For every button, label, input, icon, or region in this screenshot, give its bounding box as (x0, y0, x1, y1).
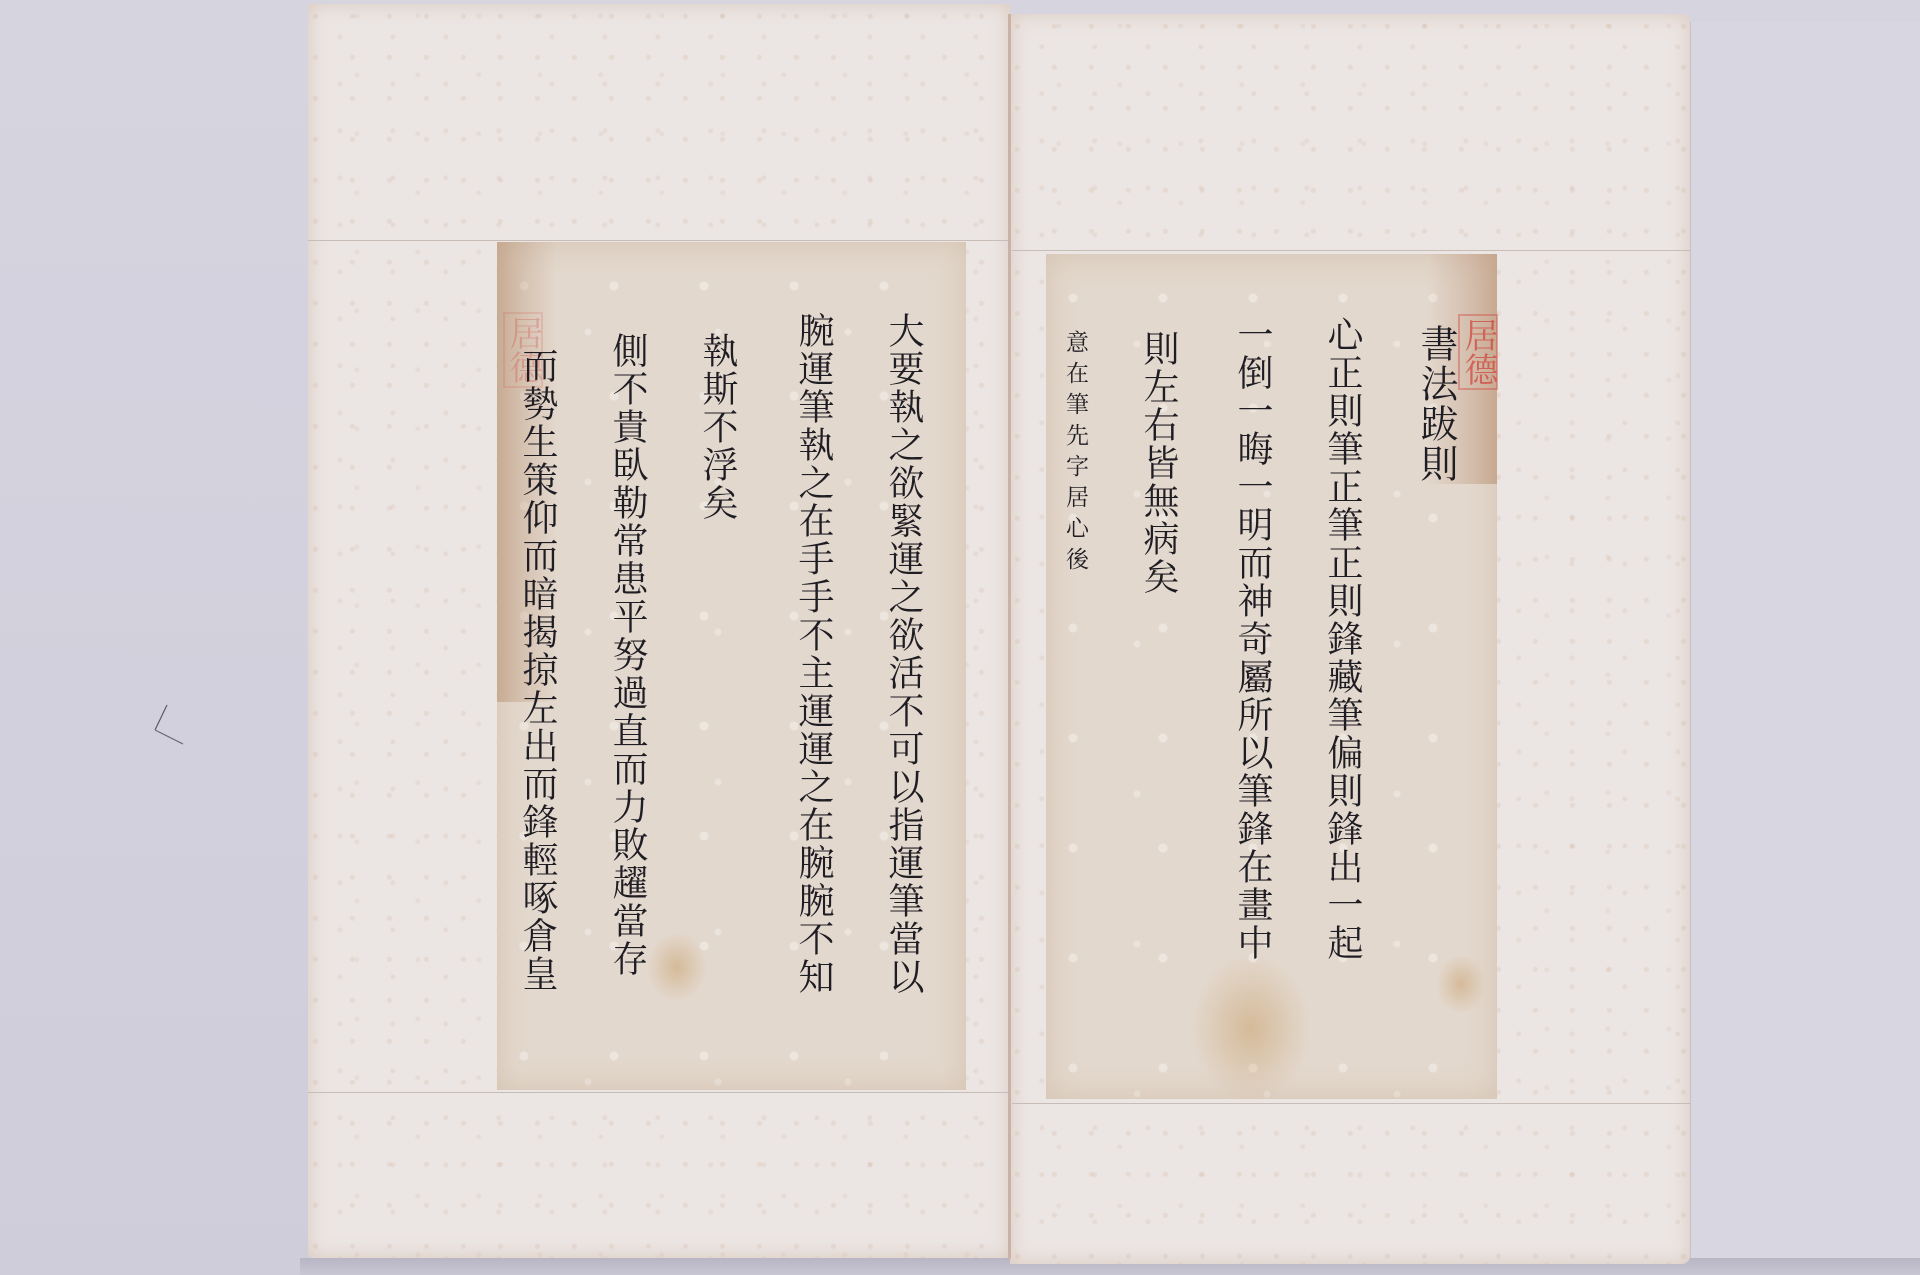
text-column-3: 執斯不浮矣 (697, 332, 737, 522)
album-spine (1008, 14, 1011, 1259)
text-column-1: 大要執之欲緊運之欲活不可以指運筆當以 (883, 312, 923, 996)
calligraphy-sheet-left: 居德 大要執之欲緊運之欲活不可以指運筆當以 腕運筆執之在手手不主運運之在腕腕不知… (497, 242, 966, 1090)
upper-seam-left (308, 240, 1008, 241)
text-column-1: 心正則筆正筆正則鋒藏筆偏則鋒出一起 (1322, 316, 1362, 962)
text-column-5: 而勢生策仰而暗揭掠左出而鋒輕啄倉皇 (517, 347, 557, 993)
calligraphy-sheet-right: 居德 書法跋則 心正則筆正筆正則鋒藏筆偏則鋒出一起 一倒一晦一明而神奇屬所以筆鋒… (1046, 254, 1497, 1099)
lower-seam-left (308, 1092, 1008, 1093)
water-stain (1191, 954, 1311, 1104)
text-column-2: 腕運筆執之在手手不主運運之在腕腕不知 (793, 312, 833, 996)
note-column: 意在筆先字居心後 (1062, 330, 1088, 578)
text-column-4: 側不貴臥勒常患平努過直而力敗趯當存 (607, 332, 647, 978)
pencil-mark-icon (135, 700, 195, 760)
text-column-2: 一倒一晦一明而神奇屬所以筆鋒在畫中 (1232, 316, 1272, 962)
page-stack (1690, 22, 1920, 1262)
lower-seam-right (1012, 1103, 1690, 1104)
title-column: 書法跋則 (1416, 324, 1456, 484)
seal-stamp-right: 居德 (1458, 314, 1498, 390)
upper-seam-right (1012, 250, 1690, 251)
water-stain (1436, 954, 1486, 1014)
text-column-3: 則左右皆無病矣 (1138, 330, 1178, 596)
water-stain (647, 932, 707, 1002)
